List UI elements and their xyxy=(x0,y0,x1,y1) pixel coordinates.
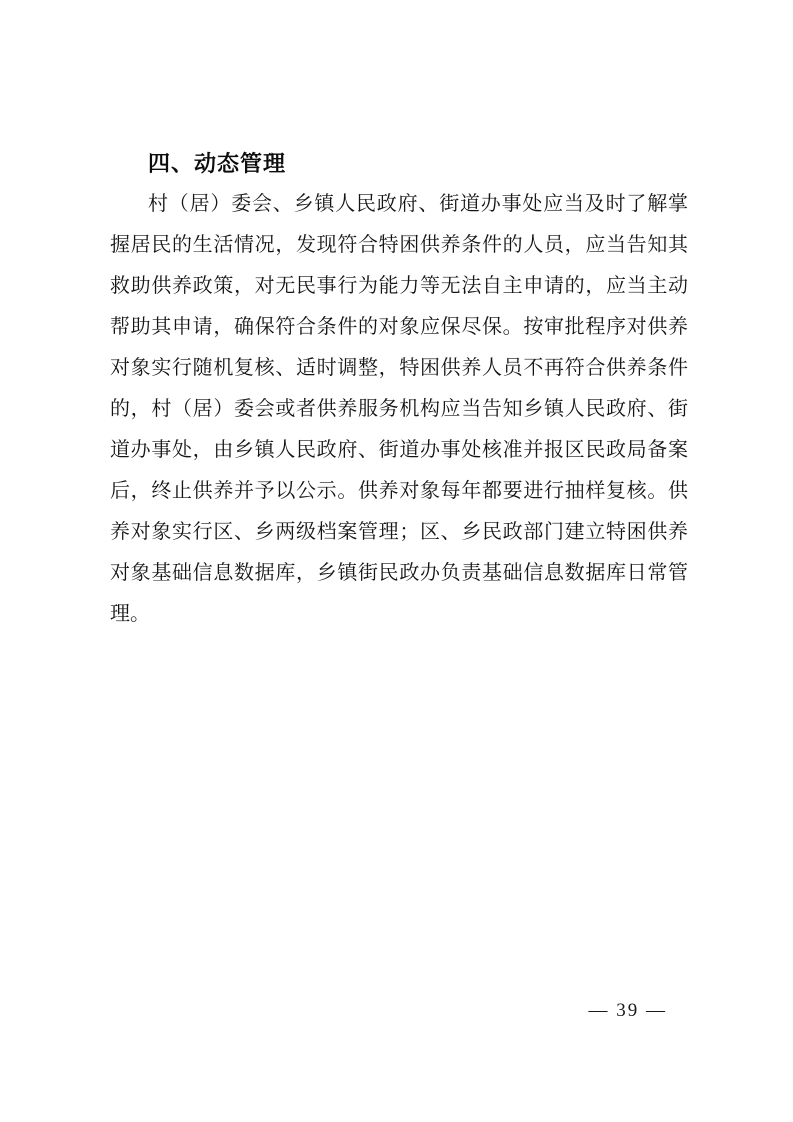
paragraph-line: 握居民的生活情况，发现符合特困供养条件的人员，应当告知其 xyxy=(110,225,688,266)
paragraph-line: 的，村（居）委会或者供养服务机构应当告知乡镇人民政府、街 xyxy=(110,389,688,430)
section-heading: 四、动态管理 xyxy=(110,143,688,184)
paragraph-line: 救助供养政策，对无民事行为能力等无法自主申请的，应当主动 xyxy=(110,266,688,307)
paragraph-line: 理。 xyxy=(110,594,688,635)
paragraph-line: 道办事处，由乡镇人民政府、街道办事处核准并报区民政局备案 xyxy=(110,430,688,471)
body-paragraph: 村（居）委会、乡镇人民政府、街道办事处应当及时了解掌握居民的生活情况，发现符合特… xyxy=(110,184,688,635)
paragraph-line: 对象基础信息数据库，乡镇街民政办负责基础信息数据库日常管 xyxy=(110,553,688,594)
paragraph-line: 村（居）委会、乡镇人民政府、街道办事处应当及时了解掌 xyxy=(110,184,688,225)
paragraph-line: 后，终止供养并予以公示。供养对象每年都要进行抽样复核。供 xyxy=(110,471,688,512)
document-page: 四、动态管理 村（居）委会、乡镇人民政府、街道办事处应当及时了解掌握居民的生活情… xyxy=(0,0,793,1122)
page-number: — 39 — xyxy=(589,999,668,1023)
paragraph-line: 帮助其申请，确保符合条件的对象应保尽保。按审批程序对供养 xyxy=(110,307,688,348)
document-content: 四、动态管理 村（居）委会、乡镇人民政府、街道办事处应当及时了解掌握居民的生活情… xyxy=(110,143,688,635)
paragraph-line: 养对象实行区、乡两级档案管理；区、乡民政部门建立特困供养 xyxy=(110,512,688,553)
paragraph-line: 对象实行随机复核、适时调整，特困供养人员不再符合供养条件 xyxy=(110,348,688,389)
